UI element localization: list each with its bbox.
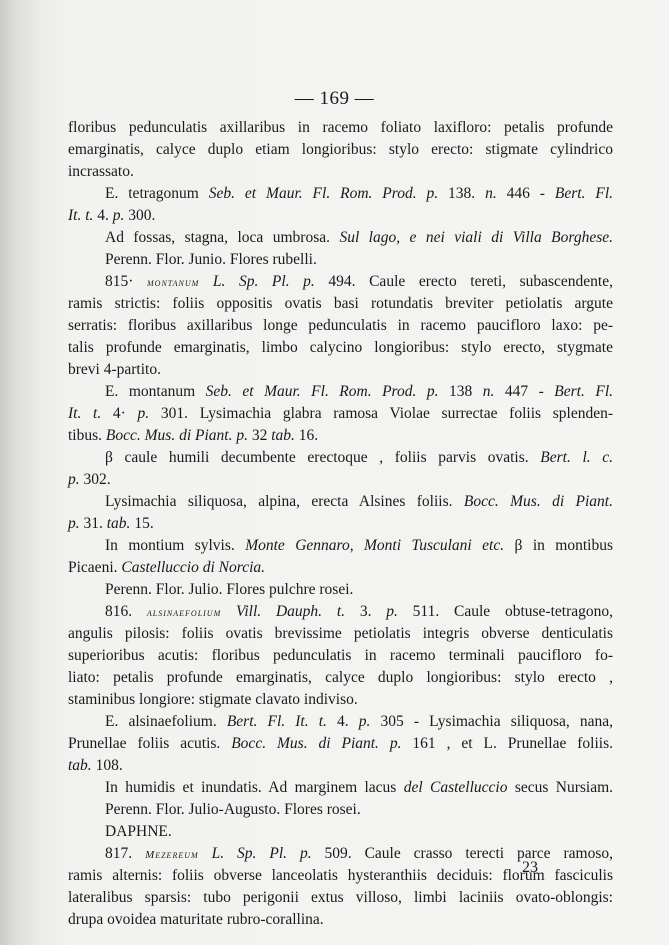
italic-citation: Seb. et Maur. Fl. Rom. Prod. p. (209, 185, 438, 202)
text-line: DAPHNE. (68, 821, 613, 843)
text-line: superioribus acutis: floribus pedunculat… (68, 645, 613, 667)
text-line: serratis: floribus axillaribus longe ped… (68, 315, 613, 337)
italic-citation: L. Sp. Pl. p. (199, 845, 312, 862)
text-line: 816. alsinaefolium Vill. Dauph. t. 3. p.… (68, 601, 613, 623)
text-segment: 817. (105, 845, 145, 862)
text-line: incrassato. (68, 161, 613, 183)
italic-citation: p. (68, 515, 80, 532)
signature-mark: 23 (522, 859, 538, 877)
italic-citation: p. (68, 471, 80, 488)
text-segment: E. tetragonum (105, 185, 209, 202)
italic-citation: n. (485, 185, 497, 202)
italic-citation: Bert. Fl. (554, 383, 613, 400)
text-segment: talis profunde emarginatis, limbo calyci… (68, 339, 613, 356)
text-line: p. 302. (68, 469, 613, 491)
text-line: E. alsinaefolium. Bert. Fl. It. t. 4. p.… (68, 711, 613, 733)
text-segment: drupa ovoidea maturitate rubro-corallina… (68, 911, 324, 928)
text-segment: incrassato. (68, 163, 134, 180)
text-line: ramis strictis: foliis oppositis ovatis … (68, 293, 613, 315)
italic-citation: p. (386, 603, 398, 620)
text-segment: 816. (105, 603, 147, 620)
italic-citation: tab. (107, 515, 131, 532)
italic-citation: Castelluccio di Norcia. (121, 559, 265, 576)
text-line: It. t. 4· p. 301. Lysimachia glabra ramo… (68, 403, 613, 425)
text-segment: Ad fossas, stagna, loca umbrosa. (105, 229, 339, 246)
page-number: — 169 — (0, 88, 669, 110)
text-segment: 4. (93, 207, 112, 224)
italic-citation: Bert. Fl. It. t. (227, 713, 327, 730)
text-segment: ramis strictis: foliis oppositis ovatis … (68, 295, 613, 312)
italic-citation: p. (138, 405, 150, 422)
text-segment: staminibus longiore: stigmate clavato in… (68, 691, 358, 708)
text-segment: 815· (105, 273, 147, 290)
text-segment: In montium sylvis. (105, 537, 245, 554)
species-name: alsinaefolium (147, 607, 221, 619)
text-segment: 31. (80, 515, 107, 532)
text-segment: 108. (92, 757, 123, 774)
species-name: Mezereum (145, 849, 199, 861)
text-segment: 4. (327, 713, 359, 730)
italic-citation: It. t. (68, 405, 101, 422)
text-line: brevi 4-partito. (68, 359, 613, 381)
text-segment: liato: petalis profunde emarginatis, cal… (68, 669, 613, 686)
italic-citation: del Castelluccio (404, 779, 508, 796)
species-name: montanum (147, 277, 199, 289)
text-line: talis profunde emarginatis, limbo calyci… (68, 337, 613, 359)
text-segment: 305 - Lysimachia siliquosa, nana, (370, 713, 613, 730)
text-segment: β in montibus (504, 537, 613, 554)
italic-citation: p. (113, 207, 125, 224)
text-segment: 301. Lysimachia glabra ramosa Violae sur… (149, 405, 613, 422)
italic-citation: Vill. Dauph. t. (221, 603, 345, 620)
text-line: Ad fossas, stagna, loca umbrosa. Sul lag… (68, 227, 613, 249)
text-line: floribus pedunculatis axillaribus in rac… (68, 117, 613, 139)
text-segment: Prunellae foliis acutis. (68, 735, 231, 752)
text-line: Prunellae foliis acutis. Bocc. Mus. di P… (68, 733, 613, 755)
text-line: β caule humili decumbente erectoque , fo… (68, 447, 613, 469)
text-segment: 32 (248, 427, 271, 444)
text-line: In humidis et inundatis. Ad marginem lac… (68, 777, 613, 799)
text-segment: 494. Caule erecto tereti, subascendente, (315, 273, 613, 290)
text-segment: 4· (101, 405, 137, 422)
italic-citation: p. (359, 713, 371, 730)
text-segment: tibus. (68, 427, 106, 444)
italic-citation: Bocc. Mus. di Piant. p. (106, 427, 248, 444)
text-line: It. t. 4. p. 300. (68, 205, 613, 227)
text-line: p. 31. tab. 15. (68, 513, 613, 535)
text-segment: In humidis et inundatis. Ad marginem lac… (105, 779, 404, 796)
text-segment: 447 - (494, 383, 554, 400)
text-line: lateralibus sparsis: tubo perigonii extu… (68, 887, 613, 909)
text-line: staminibus longiore: stigmate clavato in… (68, 689, 613, 711)
text-line: Perenn. Flor. Julio. Flores pulchre rose… (68, 579, 613, 601)
italic-citation: tab. (68, 757, 92, 774)
text-segment: β caule humili decumbente erectoque , fo… (105, 449, 540, 466)
text-line: liato: petalis profunde emarginatis, cal… (68, 667, 613, 689)
text-segment: 161 , et L. Prunellae foliis. (402, 735, 614, 752)
italic-citation: Bocc. Mus. di Piant. (464, 493, 613, 510)
text-line: Perenn. Flor. Junio. Flores rubelli. (68, 249, 613, 271)
text-segment: 138 (439, 383, 483, 400)
text-segment: 138. (438, 185, 485, 202)
italic-citation: tab. (271, 427, 295, 444)
italic-citation: n. (483, 383, 495, 400)
italic-citation: It. t. (68, 207, 93, 224)
text-segment: serratis: floribus axillaribus longe ped… (68, 317, 613, 334)
text-segment: lateralibus sparsis: tubo perigonii extu… (68, 889, 613, 906)
text-line: In montium sylvis. Monte Gennaro, Monti … (68, 535, 613, 557)
italic-citation: Bocc. Mus. di Piant. p. (231, 735, 401, 752)
text-line: Lysimachia siliquosa, alpina, erecta Als… (68, 491, 613, 513)
text-line: tab. 108. (68, 755, 613, 777)
text-segment: Perenn. Flor. Junio. Flores rubelli. (105, 251, 317, 268)
text-segment: Picaeni. (68, 559, 121, 576)
text-segment: E. montanum (105, 383, 206, 400)
scanned-page: — 169 — floribus pedunculatis axillaribu… (0, 0, 669, 945)
italic-citation: Seb. et Maur. Fl. Rom. Prod. p. (206, 383, 439, 400)
text-segment: 15. (130, 515, 153, 532)
text-segment: 300. (124, 207, 155, 224)
text-line: Picaeni. Castelluccio di Norcia. (68, 557, 613, 579)
text-segment: floribus pedunculatis axillaribus in rac… (68, 119, 613, 136)
text-line: 815· montanum L. Sp. Pl. p. 494. Caule e… (68, 271, 613, 293)
text-segment: 302. (80, 471, 111, 488)
text-segment: DAPHNE. (105, 823, 172, 840)
text-line: Perenn. Flor. Julio-Augusto. Flores rose… (68, 799, 613, 821)
text-segment: Perenn. Flor. Julio. Flores pulchre rose… (105, 581, 353, 598)
text-segment: secus Nursiam. (507, 779, 613, 796)
text-segment: Lysimachia siliquosa, alpina, erecta Als… (105, 493, 464, 510)
text-line: tibus. Bocc. Mus. di Piant. p. 32 tab. 1… (68, 425, 613, 447)
text-segment: 3. (345, 603, 386, 620)
text-segment: Perenn. Flor. Julio-Augusto. Flores rose… (105, 801, 361, 818)
text-line: drupa ovoidea maturitate rubro-corallina… (68, 909, 613, 931)
text-segment: E. alsinaefolium. (105, 713, 227, 730)
text-line: angulis pilosis: foliis ovatis brevissim… (68, 623, 613, 645)
text-segment: 446 - (497, 185, 555, 202)
text-segment: angulis pilosis: foliis ovatis brevissim… (68, 625, 613, 642)
italic-citation: Bert. l. c. (540, 449, 613, 466)
text-segment: brevi 4-partito. (68, 361, 161, 378)
text-line: E. tetragonum Seb. et Maur. Fl. Rom. Pro… (68, 183, 613, 205)
body-text: floribus pedunculatis axillaribus in rac… (68, 117, 613, 931)
text-line: E. montanum Seb. et Maur. Fl. Rom. Prod.… (68, 381, 613, 403)
text-segment: 16. (295, 427, 318, 444)
italic-citation: Bert. Fl. (555, 185, 613, 202)
italic-citation: Sul lago, e nei viali di Villa Borghese. (339, 229, 613, 246)
text-segment: 509. Caule crasso terecti parce ramoso, (312, 845, 613, 862)
text-segment: emarginatis, calyce duplo etiam longiori… (68, 141, 613, 158)
text-line: emarginatis, calyce duplo etiam longiori… (68, 139, 613, 161)
italic-citation: L. Sp. Pl. p. (199, 273, 315, 290)
text-segment: 511. Caule obtuse-tetragono, (398, 603, 613, 620)
text-segment: superioribus acutis: floribus pedunculat… (68, 647, 613, 664)
italic-citation: Monte Gennaro, Monti Tusculani etc. (245, 537, 504, 554)
